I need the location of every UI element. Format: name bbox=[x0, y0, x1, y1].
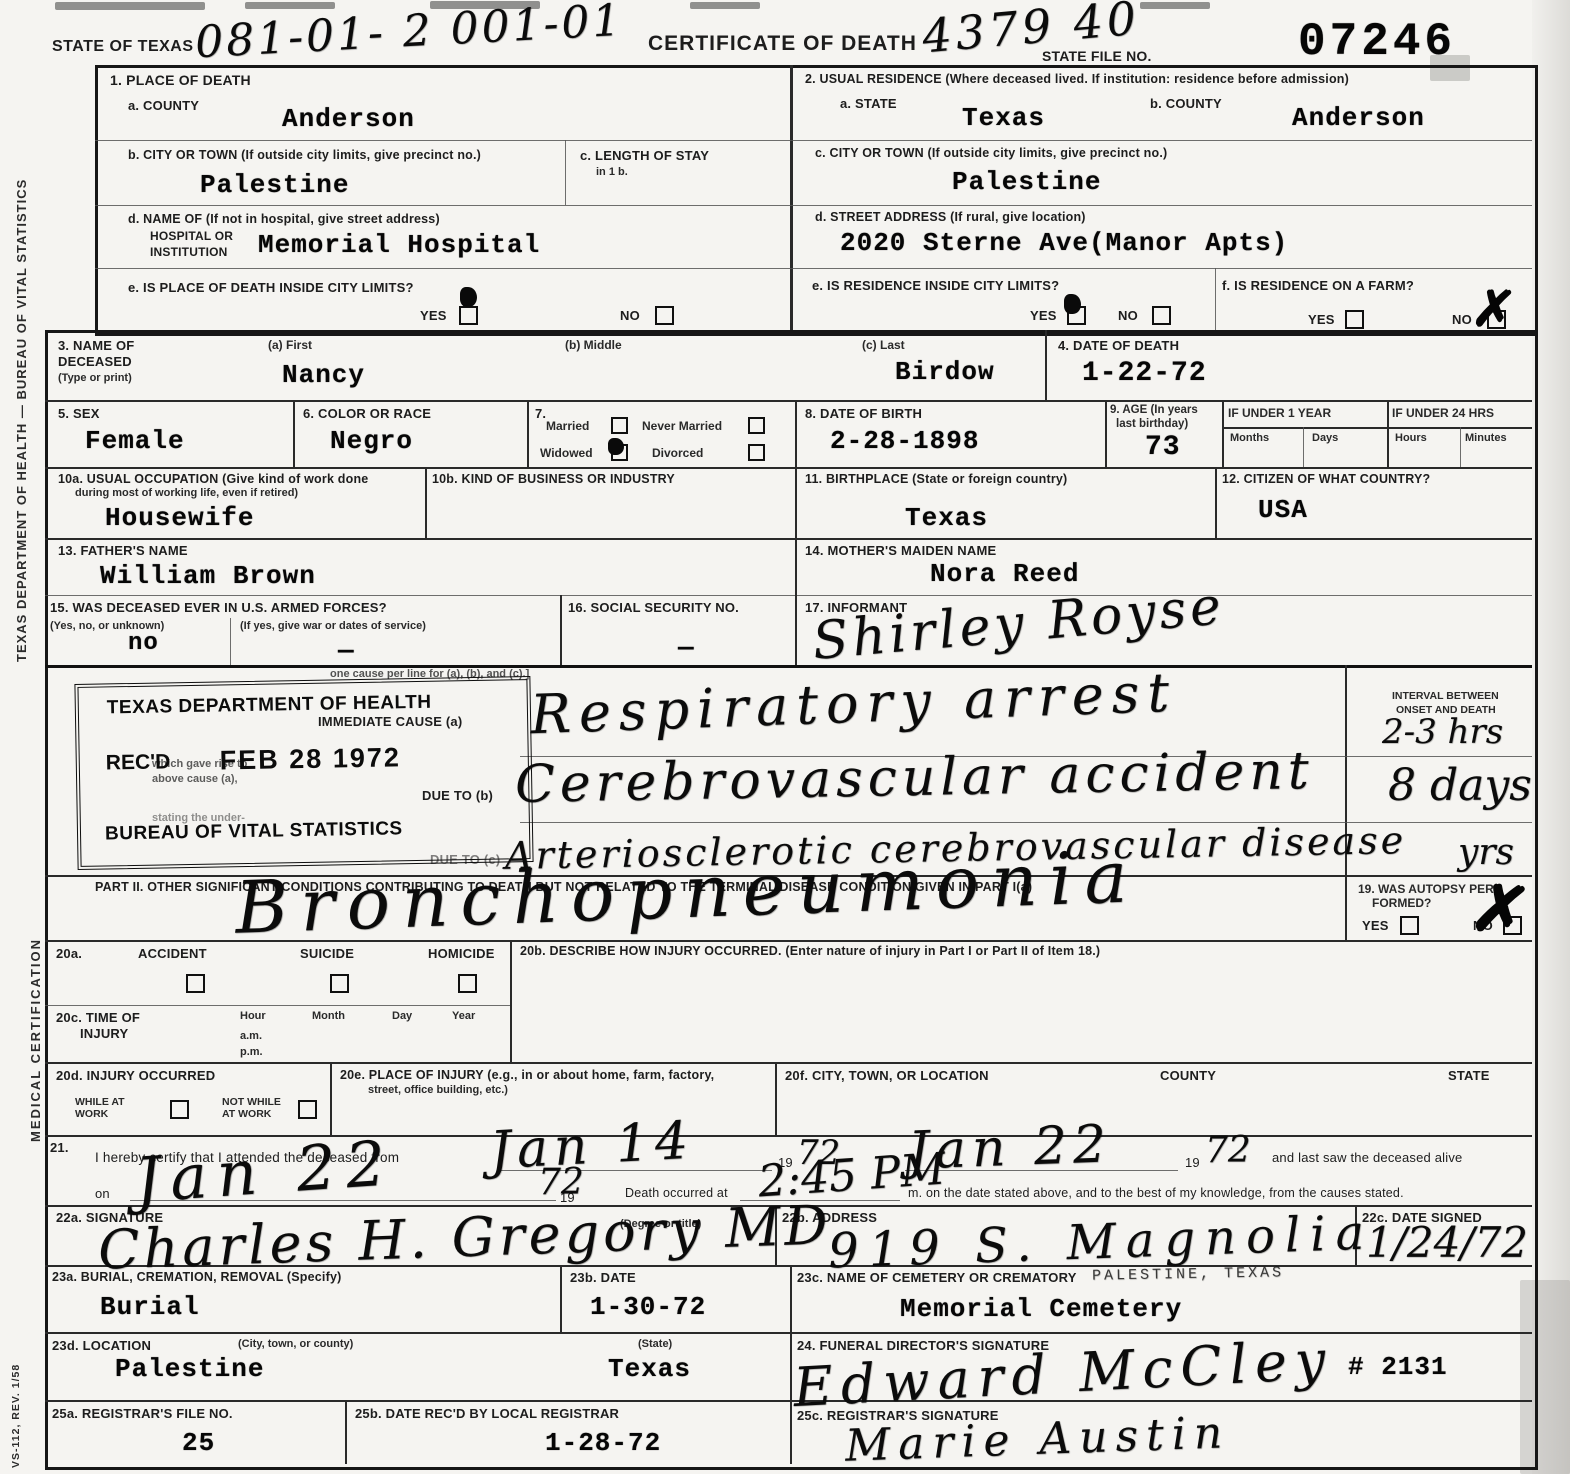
residence-farm-no-label: NO bbox=[1452, 312, 1472, 327]
days-label: Days bbox=[1312, 432, 1338, 444]
never-married-checkbox bbox=[748, 417, 765, 434]
stamp-department-line: TEXAS DEPARTMENT OF HEALTH bbox=[107, 692, 432, 720]
divider-line bbox=[1345, 665, 1347, 940]
divider-line bbox=[790, 140, 1532, 141]
injury-state-label: STATE bbox=[1448, 1068, 1490, 1083]
street-address-value: 2020 Sterne Ave(Manor Apts) bbox=[840, 228, 1288, 258]
middle-name-label: (b) Middle bbox=[565, 338, 622, 352]
burial-date-value: 1-30-72 bbox=[590, 1292, 706, 1322]
certify-text-2: and last saw the deceased alive bbox=[1272, 1150, 1463, 1165]
divider-line bbox=[95, 205, 790, 206]
registrar-file-no-label: 25a. REGISTRAR'S FILE NO. bbox=[52, 1406, 233, 1421]
divider-line bbox=[1222, 427, 1532, 429]
divider-line bbox=[795, 538, 797, 595]
last-seen-alive-year: 72 bbox=[538, 1162, 584, 1203]
divider-line bbox=[560, 595, 562, 665]
divider-line bbox=[293, 400, 295, 467]
work-label: WORK bbox=[75, 1108, 108, 1120]
place-of-death-label: 1. PLACE OF DEATH bbox=[110, 72, 251, 88]
while-at-label: WHILE AT bbox=[75, 1096, 125, 1108]
registrar-file-no-value: 25 bbox=[182, 1428, 215, 1458]
months-label: Months bbox=[1230, 432, 1269, 444]
hospital-value: Memorial Hospital bbox=[258, 230, 540, 260]
residence-city-limits-no-checkbox bbox=[1152, 306, 1171, 325]
county-label: a. COUNTY bbox=[128, 98, 199, 113]
burial-date-label: 23b. DATE bbox=[570, 1270, 636, 1285]
accident-checkbox bbox=[186, 974, 205, 993]
hospital-or-label: HOSPITAL OR bbox=[150, 229, 233, 243]
sex-value: Female bbox=[85, 426, 185, 456]
length-of-stay-sublabel: in 1 b. bbox=[596, 166, 628, 178]
divider-line bbox=[1215, 467, 1217, 538]
time-of-injury-label-1: 20c. TIME OF bbox=[56, 1010, 140, 1025]
margin-department-label: TEXAS DEPARTMENT OF HEALTH — BUREAU OF V… bbox=[14, 232, 29, 662]
divider-line bbox=[790, 1265, 792, 1332]
residence-city-limits-yes-mark bbox=[1064, 294, 1081, 314]
hospital-name-label: d. NAME OF (If not in hospital, give str… bbox=[128, 212, 440, 226]
city-value: Palestine bbox=[200, 170, 349, 200]
state-of-texas-label: STATE OF TEXAS bbox=[52, 38, 194, 56]
autopsy-no-mark: ✗ bbox=[1467, 872, 1535, 949]
institution-label: INSTITUTION bbox=[150, 245, 228, 259]
cause-a-interval: 2-3 hrs bbox=[1382, 712, 1503, 752]
burial-location-city-value: Palestine bbox=[115, 1354, 264, 1384]
date-of-birth-label: 8. DATE OF BIRTH bbox=[805, 406, 922, 421]
funeral-director-number: # 2131 bbox=[1348, 1352, 1448, 1382]
divider-line bbox=[510, 940, 512, 1062]
accident-label: ACCIDENT bbox=[138, 946, 207, 961]
cemetery-city-typed: PALESTINE, TEXAS bbox=[1092, 1264, 1284, 1284]
pm-label: p.m. bbox=[240, 1046, 263, 1058]
autopsy-label-2: FORMED? bbox=[1372, 896, 1431, 910]
residence-state-label: a. STATE bbox=[840, 96, 897, 111]
county-value: Anderson bbox=[282, 104, 415, 134]
minutes-label: Minutes bbox=[1465, 432, 1507, 444]
divider-line bbox=[330, 1062, 332, 1135]
first-name-label: (a) First bbox=[268, 338, 312, 352]
usual-occupation-label: 10a. USUAL OCCUPATION (Give kind of work… bbox=[58, 472, 368, 486]
am-label: a.m. bbox=[240, 1030, 262, 1042]
usual-residence-label: 2. USUAL RESIDENCE (Where deceased lived… bbox=[805, 72, 1349, 86]
year-label: Year bbox=[452, 1010, 475, 1022]
divider-line bbox=[45, 1062, 1532, 1064]
stamp-recd-label: REC'D bbox=[106, 750, 171, 775]
social-security-label: 16. SOCIAL SECURITY NO. bbox=[568, 600, 739, 615]
scan-artifact bbox=[1140, 2, 1210, 9]
date-of-death-label: 4. DATE OF DEATH bbox=[1058, 338, 1179, 353]
city-or-town-label: b. CITY OR TOWN (If outside city limits,… bbox=[128, 148, 481, 162]
item-20a-label: 20a. bbox=[56, 946, 82, 961]
type-or-print-label: (Type or print) bbox=[58, 372, 132, 384]
race-value: Negro bbox=[330, 426, 413, 456]
divorced-checkbox bbox=[748, 444, 765, 461]
date-signed-handwriting: 1/24/72 bbox=[1366, 1218, 1528, 1267]
age-label: 9. AGE (In years bbox=[1110, 404, 1198, 416]
divider-line bbox=[775, 1062, 777, 1135]
burial-value: Burial bbox=[100, 1292, 200, 1322]
divider-line bbox=[790, 268, 1532, 269]
burial-location-state-value: Texas bbox=[608, 1354, 691, 1384]
scan-artifact bbox=[690, 2, 760, 9]
divider-line bbox=[45, 400, 1532, 402]
state-sublabel: (State) bbox=[638, 1338, 672, 1350]
divider-line bbox=[1105, 400, 1107, 467]
date-of-death-value: 1-22-72 bbox=[1082, 358, 1207, 389]
divider-line bbox=[1222, 400, 1224, 467]
injury-county-label: COUNTY bbox=[1160, 1068, 1216, 1083]
kind-of-business-label: 10b. KIND OF BUSINESS OR INDUSTRY bbox=[432, 472, 675, 486]
stamp-date: FEB 28 1972 bbox=[220, 742, 402, 776]
citizen-country-value: USA bbox=[1258, 495, 1308, 525]
length-of-stay-label: c. LENGTH OF STAY bbox=[580, 148, 709, 163]
death-city-limits-yes-mark bbox=[460, 287, 477, 307]
social-security-value: — bbox=[678, 633, 695, 663]
month-label: Month bbox=[312, 1010, 345, 1022]
day-label: Day bbox=[392, 1010, 412, 1022]
occupation-value: Housewife bbox=[105, 503, 254, 533]
hours-label: Hours bbox=[1395, 432, 1427, 444]
hour-label: Hour bbox=[240, 1010, 266, 1022]
injury-city-label: 20f. CITY, TOWN, OR LOCATION bbox=[785, 1068, 989, 1083]
last-name-label: (c) Last bbox=[862, 338, 905, 352]
residence-county-value: Anderson bbox=[1292, 103, 1425, 133]
divorced-label: Divorced bbox=[652, 446, 703, 460]
residence-farm-no-mark: ✗ bbox=[1469, 282, 1518, 338]
divider-line bbox=[790, 1400, 792, 1464]
scan-artifact bbox=[245, 2, 335, 9]
burial-location-label: 23d. LOCATION bbox=[52, 1338, 151, 1353]
certify-text-3: m. on the date stated above, and to the … bbox=[908, 1186, 1404, 1200]
never-married-label: Never Married bbox=[642, 419, 722, 433]
death-city-limits-no-checkbox bbox=[655, 306, 674, 325]
residence-county-label: b. COUNTY bbox=[1150, 96, 1222, 111]
certificate-title: CERTIFICATE OF DEATH bbox=[648, 32, 917, 56]
age-value: 73 bbox=[1145, 432, 1181, 463]
armed-forces-dates-label: (If yes, give war or dates of service) bbox=[240, 620, 426, 632]
if-under-24-hrs-label: IF UNDER 24 HRS bbox=[1392, 406, 1494, 420]
armed-forces-dates-value: — bbox=[338, 636, 355, 666]
not-while-label: NOT WHILE bbox=[222, 1096, 281, 1108]
death-city-limits-yes-label: YES bbox=[420, 308, 447, 323]
divider-line bbox=[45, 1005, 510, 1006]
birthplace-value: Texas bbox=[905, 503, 988, 533]
divider-line bbox=[1215, 268, 1216, 330]
year-19-prefix-2: 19 bbox=[1185, 1155, 1200, 1170]
stamp-bureau-line: BUREAU OF VITAL STATISTICS bbox=[105, 818, 403, 845]
while-at-work-checkbox bbox=[170, 1100, 189, 1119]
divider-line bbox=[45, 1400, 1532, 1402]
residence-city-limits-label: e. IS RESIDENCE INSIDE CITY LIMITS? bbox=[812, 278, 1059, 293]
name-of-deceased-label: 3. NAME OF bbox=[58, 338, 134, 353]
divider-line bbox=[1045, 330, 1047, 400]
date-recd-value: 1-28-72 bbox=[545, 1428, 661, 1458]
state-file-number: 07246 bbox=[1298, 16, 1456, 68]
divider-line bbox=[95, 268, 790, 269]
handwritten-district-code: 081-01- 2 001-01 bbox=[194, 0, 625, 68]
birthplace-label: 11. BIRTHPLACE (State or foreign country… bbox=[805, 472, 1067, 486]
not-while-at-work-checkbox bbox=[298, 1100, 317, 1119]
divider-line bbox=[795, 595, 797, 665]
if-under-1-year-label: IF UNDER 1 YEAR bbox=[1228, 406, 1331, 420]
certify-on-label: on bbox=[95, 1186, 110, 1201]
divider-line bbox=[45, 595, 1532, 596]
street-address-label: d. STREET ADDRESS (If rural, give locati… bbox=[815, 210, 1086, 224]
autopsy-yes-label: YES bbox=[1362, 918, 1389, 933]
divider-line bbox=[230, 618, 231, 665]
cause-b-interval: 8 days bbox=[1388, 760, 1532, 811]
color-or-race-label: 6. COLOR OR RACE bbox=[303, 406, 431, 421]
divider-line bbox=[790, 205, 1532, 206]
death-city-limits-label: e. IS PLACE OF DEATH INSIDE CITY LIMITS? bbox=[128, 280, 414, 295]
divider-line bbox=[560, 1265, 562, 1332]
divider-line bbox=[795, 400, 797, 467]
residence-state-value: Texas bbox=[962, 103, 1045, 133]
residence-city-limits-no-label: NO bbox=[1118, 308, 1138, 323]
residence-farm-yes-label: YES bbox=[1308, 312, 1335, 327]
homicide-label: HOMICIDE bbox=[428, 946, 495, 961]
suicide-label: SUICIDE bbox=[300, 946, 354, 961]
fathers-name-label: 13. FATHER'S NAME bbox=[58, 543, 188, 558]
residence-farm-yes-checkbox bbox=[1345, 310, 1364, 329]
divider-line bbox=[790, 65, 793, 330]
married-checkbox bbox=[611, 417, 628, 434]
divider-line bbox=[1387, 400, 1389, 467]
interval-label-1: INTERVAL BETWEEN bbox=[1392, 690, 1499, 702]
attended-to-year: 72 bbox=[1205, 1130, 1251, 1171]
divider-line bbox=[1303, 427, 1304, 467]
widowed-label: Widowed bbox=[540, 446, 593, 460]
citizen-country-label: 12. CITIZEN OF WHAT COUNTRY? bbox=[1222, 472, 1430, 486]
marital-status-label: 7. bbox=[535, 406, 546, 421]
divider-line bbox=[425, 467, 427, 538]
deceased-label: DECEASED bbox=[58, 354, 132, 369]
first-name-value: Nancy bbox=[282, 360, 365, 390]
place-of-injury-sublabel: street, office building, etc.) bbox=[368, 1084, 508, 1096]
mothers-maiden-name-value: Nora Reed bbox=[930, 559, 1079, 589]
place-of-injury-label: 20e. PLACE OF INJURY (e.g., in or about … bbox=[340, 1068, 714, 1082]
divider-line bbox=[345, 1400, 347, 1464]
scan-artifact bbox=[55, 2, 205, 10]
death-city-limits-yes-checkbox bbox=[459, 306, 478, 325]
date-recd-label: 25b. DATE REC'D BY LOCAL REGISTRAR bbox=[355, 1406, 619, 1421]
divider-line bbox=[527, 400, 529, 467]
homicide-checkbox bbox=[458, 974, 477, 993]
residence-city-limits-yes-label: YES bbox=[1030, 308, 1057, 323]
autopsy-yes-checkbox bbox=[1400, 916, 1419, 935]
cemetery-name-value: Memorial Cemetery bbox=[900, 1294, 1182, 1324]
suicide-checkbox bbox=[330, 974, 349, 993]
usual-occupation-sublabel: during most of working life, even if ret… bbox=[75, 487, 298, 499]
sex-label: 5. SEX bbox=[58, 406, 100, 421]
divider-line bbox=[795, 467, 797, 538]
divider-line bbox=[45, 665, 1532, 668]
age-sublabel: last birthday) bbox=[1116, 418, 1188, 430]
armed-forces-label: 15. WAS DECEASED EVER IN U.S. ARMED FORC… bbox=[50, 600, 387, 615]
fathers-name-value: William Brown bbox=[100, 561, 316, 591]
divider-line bbox=[45, 467, 1532, 469]
divider-line bbox=[95, 140, 790, 141]
residence-city-value: Palestine bbox=[952, 167, 1101, 197]
date-of-birth-value: 2-28-1898 bbox=[830, 426, 979, 456]
form-number-label: VS-112, REV. 1/58 bbox=[10, 1372, 22, 1468]
divider-line bbox=[45, 538, 1532, 540]
injury-occurred-label: 20d. INJURY OCCURRED bbox=[56, 1068, 215, 1083]
widowed-mark bbox=[608, 438, 624, 455]
item-21-label: 21. bbox=[50, 1140, 69, 1155]
city-town-county-sublabel: (City, town, or county) bbox=[238, 1338, 353, 1350]
residence-city-label: c. CITY OR TOWN (If outside city limits,… bbox=[815, 146, 1167, 160]
last-name-value: Birdow bbox=[895, 357, 995, 387]
armed-forces-value: no bbox=[128, 630, 159, 657]
margin-medical-certification-label: MEDICAL CERTIFICATION bbox=[28, 862, 43, 1142]
mothers-maiden-name-label: 14. MOTHER'S MAIDEN NAME bbox=[805, 543, 996, 558]
describe-injury-label: 20b. DESCRIBE HOW INJURY OCCURRED. (Ente… bbox=[520, 944, 1100, 958]
death-city-limits-no-label: NO bbox=[620, 308, 640, 323]
death-certificate-scan: STATE OF TEXAS 081-01- 2 001-01 CERTIFIC… bbox=[0, 0, 1570, 1474]
at-work-label: AT WORK bbox=[222, 1108, 271, 1120]
divider-line bbox=[1460, 427, 1461, 467]
divider-line bbox=[565, 140, 566, 205]
married-label: Married bbox=[546, 419, 589, 433]
time-of-injury-label-2: INJURY bbox=[80, 1026, 128, 1041]
attended-from-date: Jan 14 bbox=[489, 1111, 696, 1182]
received-stamp: TEXAS DEPARTMENT OF HEALTH REC'D FEB 28 … bbox=[74, 676, 533, 870]
residence-farm-label: f. IS RESIDENCE ON A FARM? bbox=[1222, 278, 1414, 293]
